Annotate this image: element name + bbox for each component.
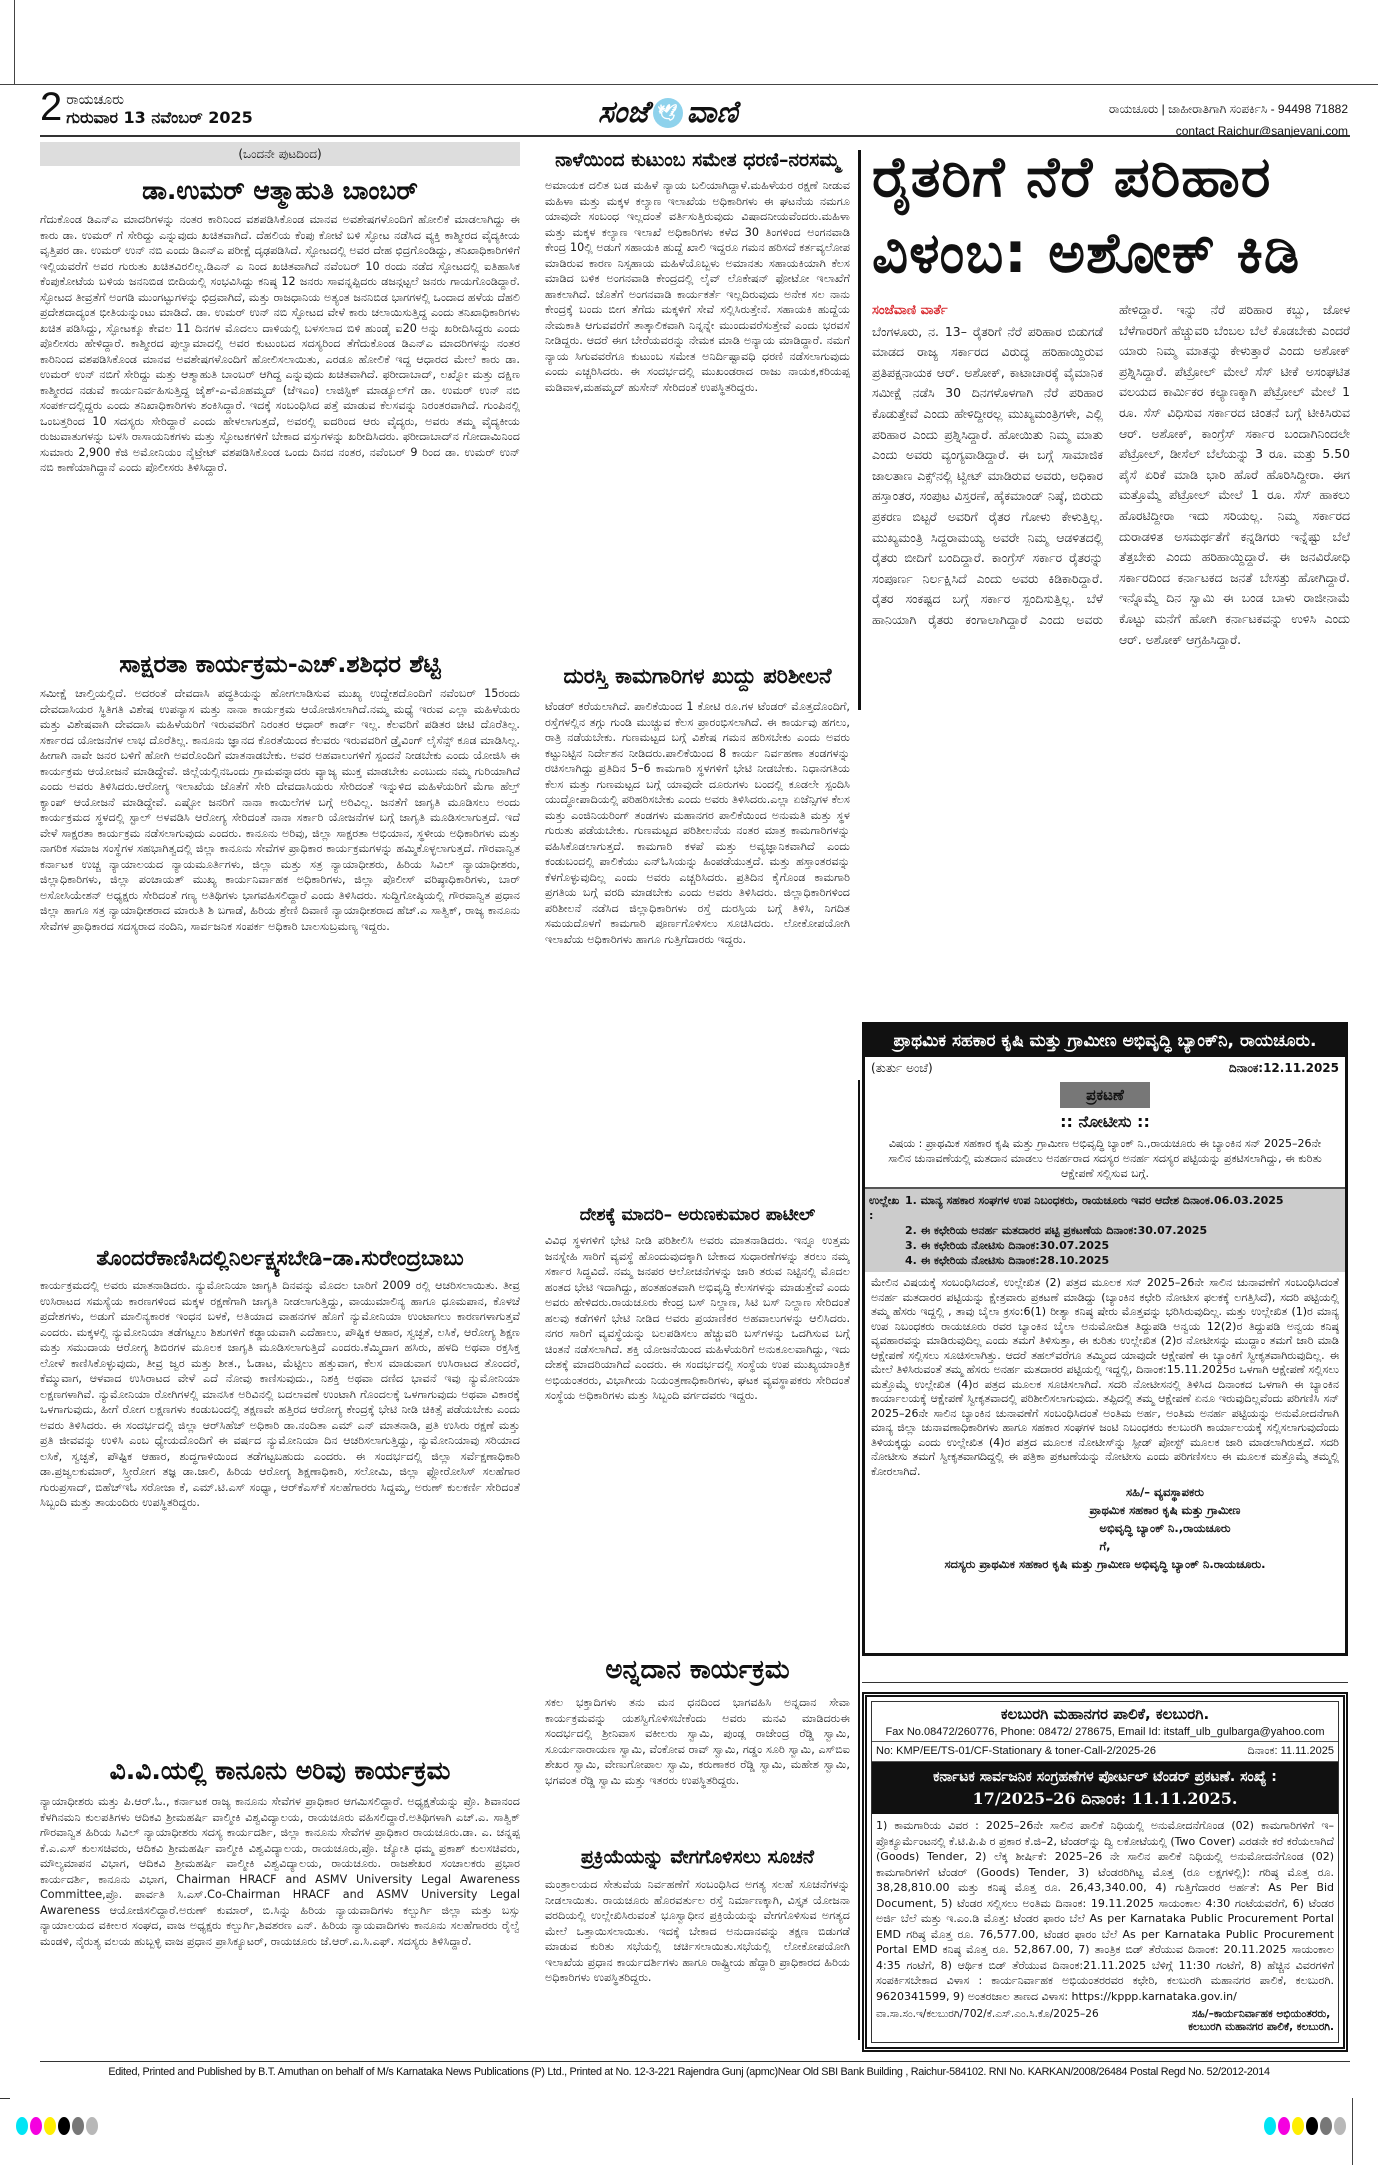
column-divider	[858, 1080, 860, 2040]
article-body-umar: ಗೆದುಕೊಂಡ ಡಿಎನ್‌ಎ ಮಾದರಿಗಳನ್ನು ನಂತರ ಕಾರಿನಿ…	[40, 212, 520, 642]
crop-mark	[0, 2098, 10, 2099]
notice-body: ಮೇಲಿನ ವಿಷಯಕ್ಕೆ ಸಂಬಂಧಿಸಿದಂತೆ, ಉಲ್ಲೇಖಿತ (2…	[865, 1272, 1345, 1483]
contact-email[interactable]: contact Raichur@sanjevani.com	[1109, 120, 1348, 142]
magenta-dot	[30, 2117, 42, 2135]
headline-pneumonia: ತೊಂದರೆಕಾಣಿಸಿದಲ್ಲಿನಿರ್ಲಕ್ಷ್ಯಸಬೇಡಿ–ಡಾ.ಸುರೇ…	[40, 1238, 520, 1278]
ad-contact-line: ರಾಯಚೂರು | ಜಾಹೀರಾತಿಗಾಗಿ ಸಂಪರ್ಕಿಸಿ - 94498…	[1109, 98, 1348, 120]
yellow-dot	[1292, 2117, 1304, 2135]
headline-dharani: ನಾಳೆಯಿಂದ ಕುಟುಂಬ ಸಮೇತ ಧರಣಿ–ನರಸಮ್ಮ	[545, 142, 850, 178]
registration-marks-left	[16, 2117, 100, 2135]
tender-sign: ಸಹಿ/–ಕಾರ್ಯನಿರ್ವಾಹಕ ಅಭಿಯಂತರರು,	[1192, 2008, 1330, 2020]
newspaper-logo: ಸಂಜೆ 🕊 ವಾಣಿ	[598, 95, 738, 130]
registration-marks-right	[1264, 2117, 1348, 2135]
ad-divider	[862, 1682, 1348, 1683]
column-divider	[858, 150, 861, 710]
addressee: ಗೆ, ಸದಸ್ಯರು ಪ್ರಾಥಮಿಕ ಸಹಕಾರ ಕೃಷಿ ಮತ್ತು ಗ್…	[865, 1537, 1345, 1573]
crop-mark	[14, 0, 15, 84]
page-folio: 2 ರಾಯಚೂರು ಗುರುವಾರ 13 ನವೆಂಬರ್ 2025	[40, 88, 253, 126]
notice-subject: ವಿಷಯ : ಪ್ರಾಥಮಿಕ ಸಹಕಾರ ಕೃಷಿ ಮತ್ತು ಗ್ರಾಮೀಣ…	[865, 1136, 1345, 1189]
crop-rule	[0, 84, 1378, 85]
continued-tag: (ಒಂದನೇ ಪುಟದಿಂದ)	[40, 142, 520, 166]
byline: ಸಂಜೆವಾಣಿ ವಾರ್ತೆ	[872, 303, 948, 318]
article-body-literacy: ಸಮೀಕ್ಷೆ ಚಾಲ್ತಿಯಲ್ಲಿದೆ. ಅದರಂತೆ ದೇವದಾಸಿ ಪದ…	[40, 686, 520, 1238]
logo-text-left: ಸಂಜೆ	[598, 95, 649, 130]
headline-repair-works: ದುರಸ್ತಿ ಕಾಮಗಾರಿಗಳ ಖುದ್ದು ಪರಿಶೀಲನೆ	[545, 653, 850, 699]
article-body-law-awareness: ನ್ಯಾಯಾಧೀಶರು ಮತ್ತು ಪಿ.ಆರ್.ಓ., ಕರ್ನಾಟಕ ರಾಜ…	[40, 1794, 520, 2054]
magenta-dot	[1278, 2117, 1290, 2135]
ref-item: 4. ಈ ಕಛೇರಿಯ ನೋಟಿಸು ದಿನಾಂಕ:28.10.2025	[905, 1253, 1335, 1268]
announcement-badge: ಪ್ರಕಟಣೆ	[1060, 1082, 1150, 1108]
banner-line: 17/2025–26 ದಿನಾಂಕ: 11.11.2025.	[876, 1788, 1334, 1810]
column-1: (ಒಂದನೇ ಪುಟದಿಂದ) ಡಾ.ಉಮರ್ ಆತ್ಮಾಹುತಿ ಬಾಂಬರ್…	[40, 142, 520, 2054]
lead-story: ರೈತರಿಗೆ ನೆರೆ ಪರಿಹಾರ ವಿಳಂಬ: ಅಶೋಕ್ ಕಿಡಿ ಸಂ…	[872, 140, 1350, 1010]
footer-rule	[40, 2061, 1350, 2062]
crop-mark	[1352, 2098, 1353, 2165]
lead-headline-line2: ವಿಳಂಬ: ಅಶೋಕ್ ಕಿಡಿ	[872, 216, 1350, 292]
masthead-rule	[40, 135, 1350, 137]
to-text: ಸದಸ್ಯರು ಪ್ರಾಥಮಿಕ ಸಹಕಾರ ಕೃಷಿ ಮತ್ತು ಗ್ರಾಮೀ…	[865, 1555, 1345, 1573]
sign-line: ಪ್ರಾಥಮಿಕ ಸಹಕಾರ ಕೃಷಿ ಮತ್ತು ಗ್ರಾಮೀಣ	[985, 1501, 1345, 1519]
yellow-dot	[44, 2117, 56, 2135]
article-body-annadana: ಸಕಲ ಭಕ್ತಾದಿಗಳು ತನು ಮನ ಧನದಿಂದ ಭಾಗವಹಿಸಿ ಅನ…	[545, 1695, 850, 1837]
article-body-dharani: ಅಮಾಯಕ ದಲಿತ ಬಡ ಮಹಿಳೆ ನ್ಯಾಯ ಬಲಿಯಾಗಿದ್ದಾಳೆ.…	[545, 178, 850, 653]
sign-line: ಅಭಿವೃದ್ಧಿ ಬ್ಯಾಂಕ್ ನಿ.,ರಾಯಚೂರು	[985, 1519, 1345, 1537]
ref-item: 3. ಈ ಕಛೇರಿಯ ನೋಟಿಸು ದಿನಾಂಕ:30.07.2025	[905, 1238, 1335, 1253]
lead-story-text: ಬೆಂಗಳೂರು, ನ. 13– ರೈತರಿಗೆ ನೆರೆ ಪರಿಹಾರ ಬಿಡ…	[872, 302, 1350, 647]
tender-body: 1) ಕಾಮಗಾರಿಯ ವಿವರ : 2025–26ನೇ ಸಾಲಿನ ಪಾಲಿಕ…	[872, 1814, 1338, 2008]
refs-label: ಉಲ್ಲೇಖ :	[869, 1193, 905, 1223]
tender-ref-no: No: KMP/EE/TS-01/CF-Stationary & toner-C…	[876, 1745, 1156, 1758]
headline-model-country: ದೇಶಕ್ಕೆ ಮಾದರಿ– ಅರುಣಕುಮಾರ ಪಾಟೀಲ್	[545, 1197, 850, 1233]
imprint-line: Edited, Printed and Published by B.T. Am…	[0, 2066, 1378, 2078]
headline-annadana: ಅನ್ನದಾನ ಕಾರ್ಯಕ್ರಮ	[545, 1645, 850, 1695]
lead-headline-line1: ರೈತರಿಗೆ ನೆರೆ ಪರಿಹಾರ	[872, 140, 1350, 216]
article-body-pneumonia: ಕಾರ್ಯಕ್ರಮದಲ್ಲಿ ಅವರು ಮಾತನಾಡಿದರು. ನ್ಯುಮೋನಿ…	[40, 1278, 520, 1748]
tender-date: ದಿನಾಂಕ: 11.11.2025	[1248, 1745, 1334, 1758]
edition-city: ರಾಯಚೂರು	[66, 92, 253, 109]
ad-title: ಪ್ರಾಥಮಿಕ ಸಹಕಾರ ಕೃಷಿ ಮತ್ತು ಗ್ರಾಮೀಣ ಅಭಿವೃದ…	[865, 1025, 1345, 1057]
page-number: 2	[40, 88, 62, 126]
ad-date: ದಿನಾಂಕ:12.11.2025	[1229, 1061, 1339, 1076]
ref-item: 1. ಮಾನ್ಯ ಸಹಕಾರ ಸಂಘಗಳ ಉಪ ನಿಬಂಧಕರು, ರಾಯಚೂರ…	[905, 1193, 1284, 1223]
tender-notice-ad: ಕಲಬುರಗಿ ಮಹಾನಗರ ಪಾಲಿಕೆ, ಕಲಬುರಗಿ. Fax No.0…	[862, 1692, 1348, 2052]
bank-notice-ad: ಪ್ರಾಥಮಿಕ ಸಹಕಾರ ಕೃಷಿ ಮತ್ತು ಗ್ರಾಮೀಣ ಅಭಿವೃದ…	[862, 1022, 1348, 1656]
notice-references: ಉಲ್ಲೇಖ :1. ಮಾನ್ಯ ಸಹಕಾರ ಸಂಘಗಳ ಉಪ ನಿಬಂಧಕರು…	[865, 1189, 1345, 1272]
black-dot	[58, 2117, 70, 2135]
headline-speedup: ಪ್ರಕ್ರಿಯೆಯನ್ನು ವೇಗಗೊಳಿಸಲು ಸೂಚನೆ	[545, 1837, 850, 1877]
tender-banner: ಕರ್ನಾಟಕ ಸಾರ್ವಜನಿಕ ಸಂಗ್ರಹಣೆಗಳ ಪೋರ್ಟಲ್ ಟೆಂ…	[872, 1762, 1338, 1814]
tender-ref-footer: ವಾ.ಸಾ.ಸಂ.ಇ/ಕಲಬುರಗಿ/702/ಕೆ.ಎಸ್.ಎಂ.ಸಿ.ಕೊ/2…	[876, 2008, 1099, 2034]
headline-literacy: ಸಾಕ್ಷರತಾ ಕಾರ್ಯಕ್ರಮ-ಎಚ್.ಶಶಿಧರ ಶೆಟ್ಟಿ	[40, 642, 520, 686]
ref-item: 2. ಈ ಕಛೇರಿಯ ಅನರ್ಹ ಮತದಾರರ ಪಟ್ಟಿ ಪ್ರಕಟಣೆಯ …	[905, 1223, 1335, 1238]
tender-sign: ಕಲಬುರಗಿ ಮಹಾನಗರ ಪಾಲಿಕೆ, ಕಲಬುರಗಿ.	[1188, 2021, 1334, 2033]
black-dot	[1306, 2117, 1318, 2135]
article-body-model-country: ವಿವಿಧ ಸ್ಥಳಗಳಿಗೆ ಭೇಟಿ ನೀಡಿ ಪರಿಶೀಲಿಸಿ ಅವರು…	[545, 1233, 850, 1645]
notice-title: :: ನೋಟೀಸು ::	[865, 1112, 1345, 1132]
lightgray-dot	[1334, 2117, 1346, 2135]
tender-org: ಕಲಬುರಗಿ ಮಹಾನಗರ ಪಾಲಿಕೆ, ಕಲಬುರಗಿ.	[872, 1702, 1338, 1726]
logo-text-right: ವಾಣಿ	[687, 95, 738, 130]
lead-story-body: ಸಂಜೆವಾಣಿ ವಾರ್ತೆ ಬೆಂಗಳೂರು, ನ. 13– ರೈತರಿಗೆ…	[872, 300, 1350, 1000]
lightgray-dot	[86, 2117, 98, 2135]
dove-icon: 🕊	[653, 98, 683, 128]
issue-date: ಗುರುವಾರ 13 ನವೆಂಬರ್ 2025	[66, 109, 253, 126]
banner-line: ಕರ್ನಾಟಕ ಸಾರ್ವಜನಿಕ ಸಂಗ್ರಹಣೆಗಳ ಪೋರ್ಟಲ್ ಟೆಂ…	[876, 1766, 1334, 1788]
gray-dot	[72, 2117, 84, 2135]
article-body-repair-works: ಟೆಂಡರ್ ಕರೆಯಲಾಗಿದೆ. ಪಾಲಿಕೆಯಿಂದ 1 ಕೋಟಿ ರೂ.…	[545, 699, 850, 1197]
ad-tag: (ತುರ್ತು ಅಂಚೆ)	[871, 1061, 933, 1076]
cyan-dot	[16, 2117, 28, 2135]
signatory: ಸಹಿ/– ವ್ಯವಸ್ಥಾಪಕರು ಪ್ರಾಥಮಿಕ ಸಹಕಾರ ಕೃಷಿ ಮ…	[865, 1483, 1345, 1537]
headline-law-awareness: ವಿ.ವಿ.ಯಲ್ಲಿ ಕಾನೂನು ಅರಿವು ಕಾರ್ಯಕ್ರಮ	[40, 1748, 520, 1794]
cyan-dot	[1264, 2117, 1276, 2135]
column-2: ನಾಳೆಯಿಂದ ಕುಟುಂಬ ಸಮೇತ ಧರಣಿ–ನರಸಮ್ಮ ಅಮಾಯಕ ದ…	[545, 142, 850, 2054]
sign-line: ಸಹಿ/– ವ್ಯವಸ್ಥಾಪಕರು	[985, 1483, 1345, 1501]
tender-contact: Fax No.08472/260776, Phone: 08472/ 27867…	[872, 1726, 1338, 1742]
article-body-speedup: ಮಂತ್ರಾಲಯದ ಸೇತುವೆಯ ನಿರ್ವಹಣೆಗೆ ಸಂಬಂಧಿಸಿದ ಅ…	[545, 1877, 850, 2047]
headline-umar: ಡಾ.ಉಮರ್ ಆತ್ಮಾಹುತಿ ಬಾಂಬರ್	[40, 170, 520, 212]
gray-dot	[1320, 2117, 1332, 2135]
to-label: ಗೆ,	[865, 1537, 1345, 1555]
